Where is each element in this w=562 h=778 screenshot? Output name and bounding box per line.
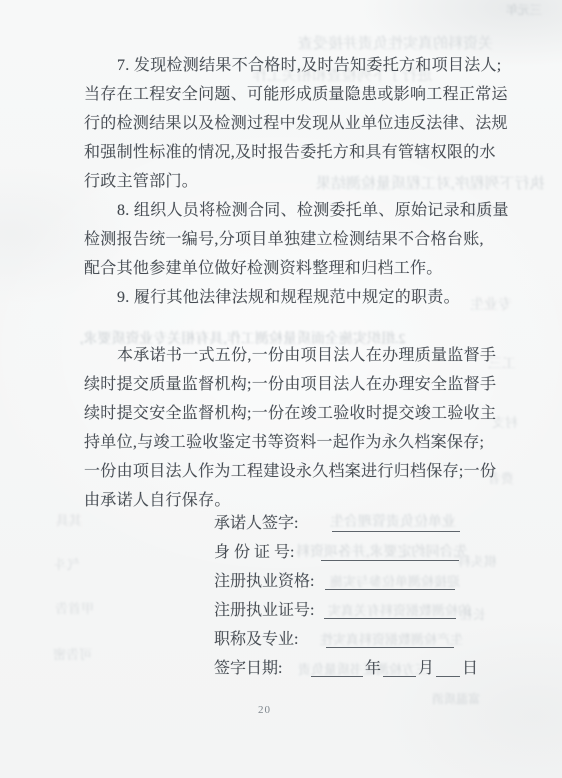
bleedthrough-text: 富温质消 [432, 691, 480, 707]
signature-row-signer: 承诺人签字: [214, 509, 480, 538]
text-line: 7. 发现检测结果不合格时,及时告知委托方和项目法人; [84, 51, 524, 80]
paragraph-7: 7. 发现检测结果不合格时,及时告知委托方和项目法人;当存在工程安全问题、可能形… [84, 51, 524, 196]
bleedthrough-text: 甲首告 [55, 600, 94, 618]
year-unit-label: 年 [363, 654, 383, 683]
text-line: 和强制性标准的情况,及时报告委托方和具有管辖权限的水 [84, 138, 524, 167]
title-specialty-label: 职称及专业: [214, 625, 319, 654]
bleedthrough-text: 其具 [56, 512, 82, 530]
registered-certificate-number-label: 注册执业证号: [214, 596, 319, 625]
bleedthrough-text: 三元年 [506, 2, 542, 18]
day-blank-line [436, 673, 460, 677]
registered-qualification-label: 注册执业资格: [214, 567, 319, 596]
month-unit-label: 月 [416, 654, 436, 683]
text-line: 配合其他参建单位做好检测资料整理和归档工作。 [84, 254, 524, 283]
text-line: 本承诺书一式五份,一份由项目法人在办理质量监督手 [84, 341, 524, 370]
text-line: 当存在工程安全问题、可能形成质量隐患或影响工程正常运 [84, 80, 524, 109]
page-number: 20 [258, 704, 271, 716]
signer-name-label: 承诺人签字: [214, 509, 319, 538]
year-blank-line [311, 673, 363, 677]
signature-row-registered-qualification: 注册执业资格: [214, 567, 480, 596]
signature-row-date: 签字日期: 年 月 日 [214, 654, 480, 683]
signature-block: 承诺人签字: 身 份 证 号: 注册执业资格: 注册执业证号: 职称及专业: 签… [214, 509, 480, 683]
signer-name-blank-line [332, 528, 460, 532]
text-line: 续时提交质量监督机构;一份由项目法人在办理安全监督手 [84, 370, 524, 399]
bleedthrough-text: 可告密 [53, 646, 92, 664]
paragraph-9: 9. 履行其他法律法规和规程规范中规定的职责。 [84, 283, 524, 312]
paragraph-8: 8. 组织人员将检测合同、检测委托单、原始记录和质量检测报告统一编号,分项目单独… [84, 196, 524, 283]
closing-paragraph: 本承诺书一式五份,一份由项目法人在办理质量监督手续时提交质量监督机构;一份由项目… [84, 341, 524, 515]
month-blank-line [383, 673, 416, 677]
id-number-label: 身 份 证 号: [214, 538, 319, 567]
title-specialty-blank-line [326, 644, 454, 648]
registered-certificate-number-blank-line [324, 615, 456, 619]
id-number-blank-line [321, 557, 459, 561]
text-line: 检测报告统一编号,分项目单独建立检测结果不合格台账, [84, 225, 524, 254]
signature-row-title-specialty: 职称及专业: [214, 625, 480, 654]
registered-qualification-blank-line [325, 586, 455, 590]
text-line: 8. 组织人员将检测合同、检测委托单、原始记录和质量 [84, 196, 524, 225]
signature-row-id-number: 身 份 证 号: [214, 538, 480, 567]
document-body: 7. 发现检测结果不合格时,及时告知委托方和项目法人;当存在工程安全问题、可能形… [84, 51, 524, 515]
text-line: 续时提交安全监督机构;一份在竣工验收时提交竣工验收主 [84, 399, 524, 428]
text-line: 一份由项目法人作为工程建设永久档案进行归档保存;一份 [84, 457, 524, 486]
scanned-document-page: 关资料的真实性负责并接受查进行了下列检查和相关工作三元年执行下列程序,对工程质量… [0, 0, 562, 778]
day-unit-label: 日 [460, 654, 480, 683]
text-line: 9. 履行其他法律法规和规程规范中规定的职责。 [84, 283, 524, 312]
text-line: 持单位,与竣工验收鉴定书等资料一起作为永久档案保存; [84, 428, 524, 457]
sign-date-label: 签字日期: [214, 654, 304, 683]
text-line: 行的检测结果以及检测过程中发现从业单位违反法律、法规 [84, 109, 524, 138]
text-line: 行政主管部门。 [84, 167, 524, 196]
bleedthrough-text: 气斗 [54, 556, 80, 574]
signature-row-registered-certificate-number: 注册执业证号: [214, 596, 480, 625]
